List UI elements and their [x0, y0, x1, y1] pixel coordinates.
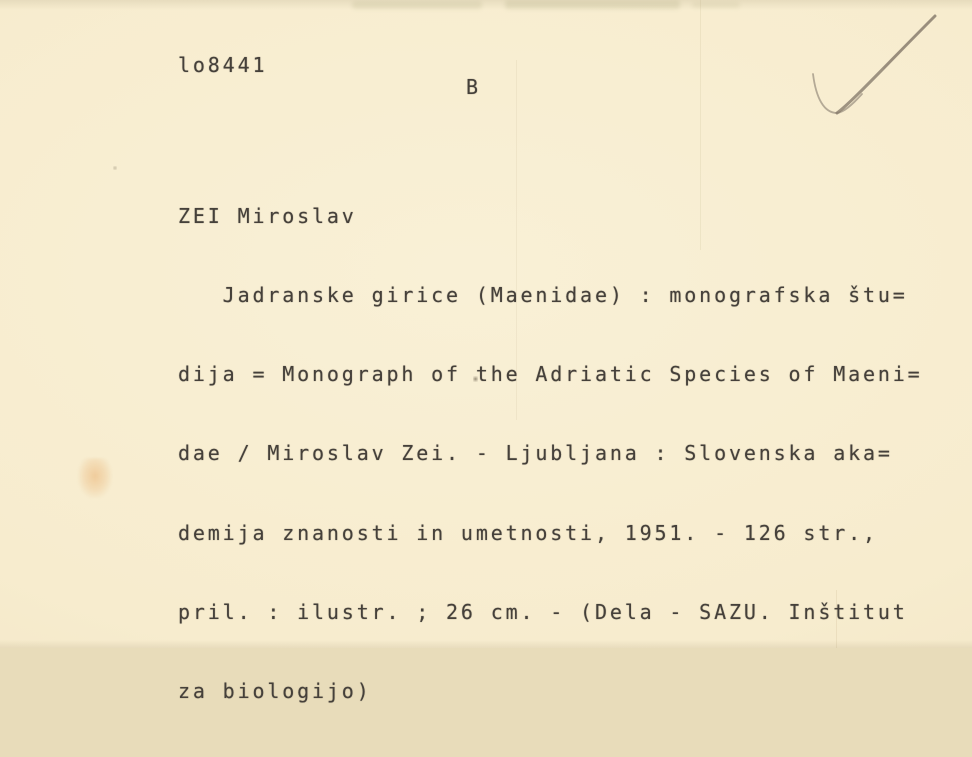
pencil-checkmark [788, 6, 948, 130]
accession-number: lo8441 [178, 53, 267, 77]
entry-line: demija znanosti in umetnosti, 1951. - 12… [178, 520, 923, 546]
entry-line: pril. : ilustr. ; 26 cm. - (Dela - SAZU.… [178, 599, 923, 625]
entry-line: dija = Monograph of the Adriatic Species… [178, 361, 923, 387]
section-letter: B [466, 75, 481, 99]
stain [78, 458, 112, 498]
ghost-text-smudge [352, 1, 482, 9]
entry-line: Jadranske girice (Maenidae) : monografsk… [178, 282, 923, 308]
ink-speck [473, 376, 478, 382]
ink-speck [113, 166, 117, 170]
bibliographic-entry: ZEI Miroslav Jadranske girice (Maenidae)… [178, 150, 923, 648]
ghost-text-smudge [505, 0, 680, 9]
library-catalog-card: lo8441 B ZEI Miroslav Jadranske girice (… [0, 0, 972, 648]
entry-line: dae / Miroslav Zei. - Ljubljana : Sloven… [178, 440, 923, 466]
entry-line-author: ZEI Miroslav [178, 203, 923, 229]
